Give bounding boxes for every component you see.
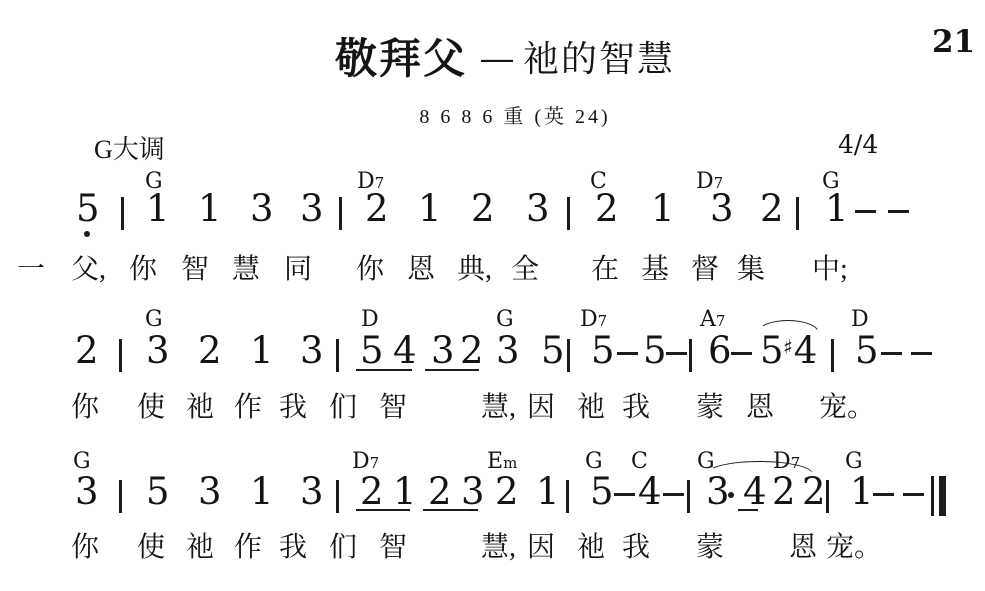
note-number: 2 [471,190,495,227]
note-number: 3 [250,190,274,227]
eighth-note-underline [356,369,412,371]
duration-dash [911,352,932,355]
note-number: 1 [393,473,417,510]
lyric-syllable: 你 [129,254,157,286]
duration-dash [873,493,894,496]
note-number: ♯4 [783,332,817,369]
barline [826,480,829,513]
note-number: 5 [643,332,667,369]
lyric-syllable: 使 [137,392,165,424]
slur-arc [757,320,819,333]
barline [336,339,339,372]
note-number: 4 [638,473,662,510]
note-number: 3 [496,332,520,369]
note-number: 3 [146,332,170,369]
lyric-syllable: 慧, [481,532,516,564]
note-number: 5 [360,332,384,369]
duration-dash [855,210,876,213]
lyric-syllable: 集 [737,254,765,286]
lyric-syllable: 蒙 [696,392,724,424]
final-barline-thin [931,476,934,516]
chord-quality: 7 [598,312,608,330]
note-number: 2 [360,473,384,510]
duration-dash [903,493,924,496]
barline [689,339,692,372]
note-number: 2 [772,473,796,510]
barline [121,197,124,230]
lyric-syllable: 宠。 [819,392,875,424]
duration-dash [666,352,687,355]
lyric-syllable: 全 [511,254,539,286]
lyric-syllable: 典, [457,254,492,286]
lyric-syllable: 慧, [481,392,516,424]
lyric-syllable: 你 [71,532,99,564]
eighth-note-underline [356,509,410,511]
note-number: 3 [300,332,324,369]
lyric-syllable: 智 [379,532,407,564]
note-number: 3 [75,473,99,510]
note-number: 3 [710,190,734,227]
note-number: 4 [393,332,417,369]
lyric-syllable: 因 [527,392,555,424]
lyric-syllable: 恩 [407,254,435,286]
note-number: 2 [365,190,389,227]
barline [119,339,122,372]
note-number: 2 [428,473,452,510]
lyric-syllable: 一 [17,254,45,286]
lyric-syllable: 祂 [577,532,605,564]
duration-dash [888,210,909,213]
eighth-note-underline [738,509,758,511]
note-number: 5 [855,332,879,369]
music-systems: GD7CD7G51133212321321一父,你智慧同你恩典,全在基督集中;G… [0,0,985,591]
note-number: 1 [536,473,560,510]
lyric-syllable: 祂 [186,532,214,564]
note-number: 1 [250,473,274,510]
lyric-syllable: 智 [181,254,209,286]
duration-dash [731,352,752,355]
lyric-syllable: 基 [641,254,669,286]
barline [567,339,570,372]
note-number: 3 [300,473,324,510]
note-number: 2 [802,473,826,510]
barline [567,197,570,230]
note-number: 3 [461,473,485,510]
low-octave-dot [84,231,90,237]
lyric-syllable: 们 [329,392,357,424]
note-number: 5 [760,332,784,369]
barline [566,480,569,513]
lyric-syllable: 宠。 [826,532,882,564]
note-number: 2 [595,190,619,227]
note-number: 3 [300,190,324,227]
duration-dash [881,352,902,355]
lyric-syllable: 在 [591,254,619,286]
barline [119,480,122,513]
note-number: 5 [76,190,100,227]
note-number: 2 [198,332,222,369]
duration-dash [617,352,638,355]
note-number: 5 [591,332,615,369]
hymn-sheet: 21 敬拜父—祂的智慧 8 6 8 6 重 (英 24) G大调 4/4 GD7… [0,0,985,591]
lyric-syllable: 作 [234,532,262,564]
lyric-syllable: 祂 [577,392,605,424]
lyric-syllable: 智 [379,392,407,424]
note-number: 3 [526,190,550,227]
chord-label: D [361,309,379,331]
lyric-syllable: 同 [284,254,312,286]
note-number: 5 [590,473,614,510]
lyric-syllable: 你 [356,254,384,286]
note-number: 5 [541,332,565,369]
note-number: 3 [431,332,455,369]
barline [339,197,342,230]
barline [336,480,339,513]
note-number: 4 [743,473,767,510]
lyric-syllable: 我 [279,532,307,564]
lyric-syllable: 督 [691,254,719,286]
augmentation-dot [728,492,734,498]
lyric-syllable: 恩 [746,392,774,424]
note-number: 6 [708,332,732,369]
lyric-syllable: 慧 [232,254,260,286]
note-number: 2 [75,332,99,369]
barline [687,480,690,513]
note-number: 1 [651,190,675,227]
lyric-syllable: 使 [137,532,165,564]
duration-dash [663,493,684,496]
barline [796,197,799,230]
lyric-syllable: 你 [71,392,99,424]
note-number: 1 [825,190,849,227]
lyric-syllable: 父, [71,254,106,286]
chord-label: G [496,309,514,331]
sharp-accidental-icon: ♯ [783,335,793,359]
note-number: 3 [706,473,730,510]
lyric-syllable: 我 [622,392,650,424]
lyric-syllable: 蒙 [696,532,724,564]
note-number: 1 [198,190,222,227]
lyric-syllable: 因 [527,532,555,564]
lyric-syllable: 恩 [789,532,817,564]
chord-quality: 7 [716,312,726,330]
chord-label: D [851,309,869,331]
chord-label: G [145,309,163,331]
note-number: 2 [495,473,519,510]
eighth-note-underline [425,369,479,371]
lyric-syllable: 中; [812,254,848,286]
lyric-syllable: 作 [234,392,262,424]
duration-dash [614,493,635,496]
note-number: 5 [146,473,170,510]
eighth-note-underline [423,509,478,511]
note-number: 2 [460,332,484,369]
lyric-syllable: 我 [279,392,307,424]
final-barline-thick [939,476,946,516]
note-number: 1 [418,190,442,227]
chord-label: A7 [700,309,725,331]
note-number: 3 [198,473,222,510]
lyric-syllable: 们 [329,532,357,564]
lyric-syllable: 祂 [186,392,214,424]
chord-label: D7 [580,309,607,331]
note-number: 1 [850,473,874,510]
note-number: 1 [146,190,170,227]
lyric-syllable: 我 [622,532,650,564]
note-number: 2 [760,190,784,227]
barline [831,339,834,372]
note-number: 1 [250,332,274,369]
